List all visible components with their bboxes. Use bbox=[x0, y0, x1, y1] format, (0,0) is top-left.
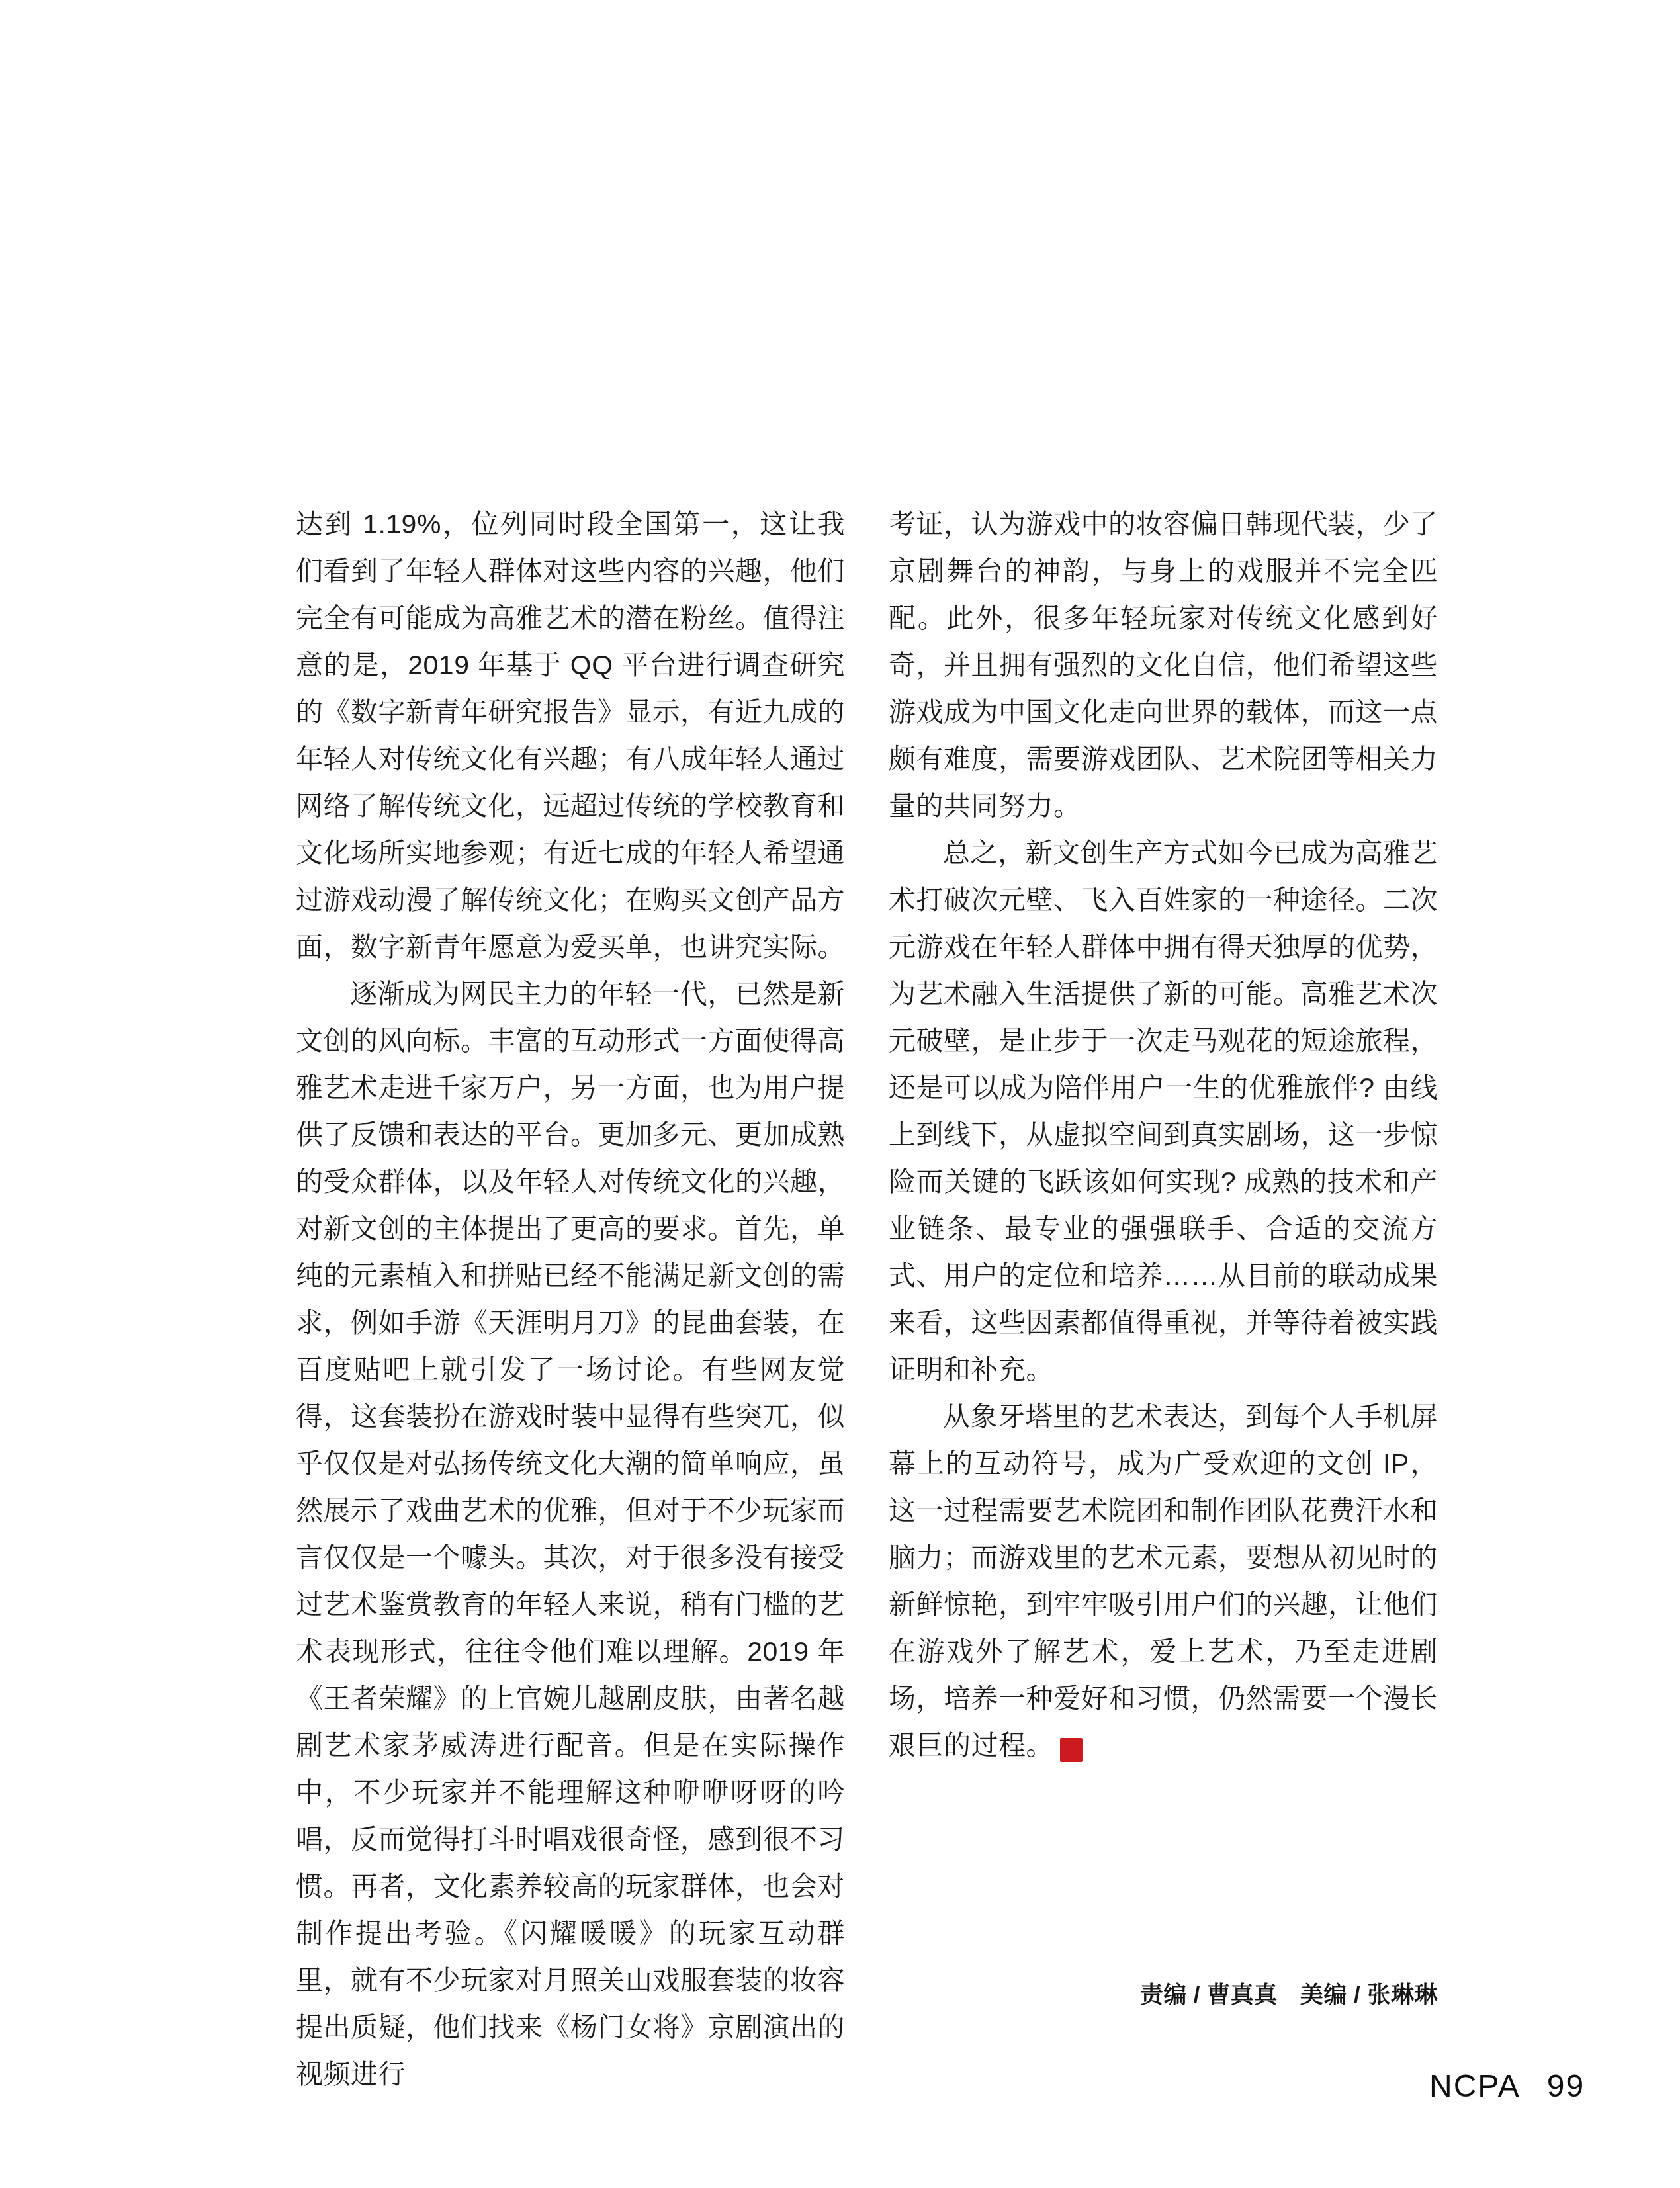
body-paragraph: 逐渐成为网民主力的年轻一代，已然是新文创的风向标。丰富的互动形式一方面使得高雅艺… bbox=[296, 971, 845, 2098]
footer-brand: NCPA bbox=[1429, 2069, 1521, 2104]
paragraph-text: 从象牙塔里的艺术表达，到每个人手机屏幕上的互动符号，成为广受欢迎的文创 IP，这… bbox=[889, 1401, 1438, 1761]
credits-line: 责编 / 曹真真美编 / 张琳琳 bbox=[889, 1977, 1438, 2010]
credits-editor: 责编 / 曹真真 bbox=[1140, 1982, 1278, 2008]
article-column-left: 达到 1.19%，位列同时段全国第一，这让我们看到了年轻人群体对这些内容的兴趣，… bbox=[296, 501, 845, 2098]
footer-page-number: 99 bbox=[1547, 2069, 1585, 2104]
page-footer: NCPA99 bbox=[1429, 2068, 1585, 2105]
body-paragraph: 总之，新文创生产方式如今已成为高雅艺术打破次元壁、飞入百姓家的一种途径。二次元游… bbox=[889, 830, 1438, 1393]
body-paragraph: 达到 1.19%，位列同时段全国第一，这让我们看到了年轻人群体对这些内容的兴趣，… bbox=[296, 501, 845, 971]
magazine-page: 达到 1.19%，位列同时段全国第一，这让我们看到了年轻人群体对这些内容的兴趣，… bbox=[0, 0, 1680, 2188]
credits-designer: 美编 / 张琳琳 bbox=[1300, 1982, 1438, 2008]
body-paragraph: 考证，认为游戏中的妆容偏日韩现代装，少了京剧舞台的神韵，与身上的戏服并不完全匹配… bbox=[889, 501, 1438, 830]
ncpa-end-seal-icon: NCPA bbox=[1060, 1738, 1083, 1762]
seal-line: NC bbox=[1060, 1738, 1083, 1749]
article-column-right: 考证，认为游戏中的妆容偏日韩现代装，少了京剧舞台的神韵，与身上的戏服并不完全匹配… bbox=[889, 501, 1438, 1769]
body-paragraph: 从象牙塔里的艺术表达，到每个人手机屏幕上的互动符号，成为广受欢迎的文创 IP，这… bbox=[889, 1393, 1438, 1769]
seal-line: PA bbox=[1060, 1749, 1083, 1759]
